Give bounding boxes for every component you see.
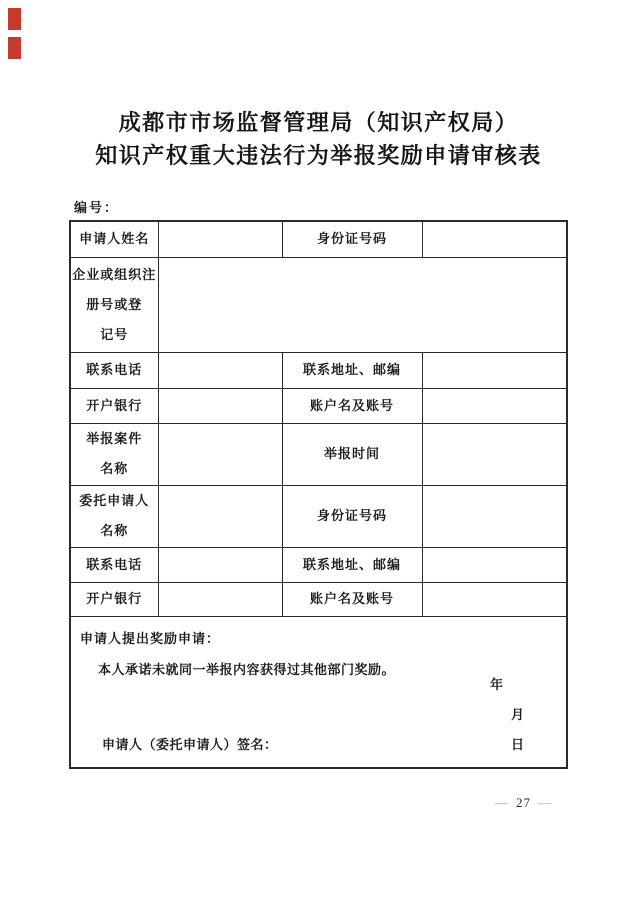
case-name-label: 举报案件 名称 — [70, 423, 158, 485]
signature-label: 申请人（委托申请人）签名： — [102, 730, 278, 760]
entrusted-applicant-label: 委托申请人 名称 — [70, 485, 158, 547]
table-row-bank-1: 开户银行 账户名及账号 — [70, 388, 567, 423]
account-value-cell — [422, 582, 567, 616]
account-label: 账户名及账号 — [282, 388, 422, 423]
table-row-org-registration: 企业或组织注 册号或登 记号 — [70, 257, 567, 352]
date-month-label: 月 — [511, 707, 524, 722]
serial-number-label: 编号： — [74, 197, 119, 216]
page-number: —27— — [488, 795, 559, 811]
declaration-cell: 申请人提出奖励申请： 本人承诺未就同一举报内容获得过其他部门奖励。 申请人（委托… — [70, 616, 567, 768]
title-line-1: 成都市市场监督管理局（知识产权局） — [0, 106, 637, 139]
date-day-label: 日 — [511, 737, 524, 752]
document-page: 成都市市场监督管理局（知识产权局） 知识产权重大违法行为举报奖励申请审核表 编号… — [0, 0, 637, 900]
bank-value-cell — [158, 388, 282, 423]
org-registration-value-cell — [158, 257, 567, 352]
entrusted-id-value-cell — [422, 485, 567, 547]
contact-address-label: 联系地址、邮编 — [282, 352, 422, 388]
table-row-applicant: 申请人姓名 身份证号码 — [70, 221, 567, 257]
bank-value-cell — [158, 582, 282, 616]
application-form-table: 申请人姓名 身份证号码 企业或组织注 册号或登 记号 联系电话 联系地址、邮编 … — [69, 220, 568, 769]
applicant-name-label: 申请人姓名 — [70, 221, 158, 257]
contact-phone-label: 联系电话 — [70, 547, 158, 582]
applicant-name-value-cell — [158, 221, 282, 257]
id-number-label: 身份证号码 — [282, 221, 422, 257]
contact-address-value-cell — [422, 547, 567, 582]
table-row-entrusted-applicant: 委托申请人 名称 身份证号码 — [70, 485, 567, 547]
declaration-heading: 申请人提出奖励申请： — [80, 624, 220, 654]
page-number-value: 27 — [516, 795, 531, 810]
table-row-contact-phone-1: 联系电话 联系地址、邮编 — [70, 352, 567, 388]
red-annotation-mark — [8, 37, 21, 59]
report-time-label: 举报时间 — [282, 423, 422, 485]
contact-address-value-cell — [422, 352, 567, 388]
bank-label: 开户银行 — [70, 582, 158, 616]
id-number-value-cell — [422, 221, 567, 257]
bank-label: 开户银行 — [70, 388, 158, 423]
page-title: 成都市市场监督管理局（知识产权局） 知识产权重大违法行为举报奖励申请审核表 — [0, 106, 637, 172]
account-label: 账户名及账号 — [282, 582, 422, 616]
contact-phone-value-cell — [158, 547, 282, 582]
table-row-bank-2: 开户银行 账户名及账号 — [70, 582, 567, 616]
declaration-promise-text: 本人承诺未就同一举报内容获得过其他部门奖励。 — [98, 655, 395, 685]
page-number-dash-left: — — [488, 795, 516, 810]
account-value-cell — [422, 388, 567, 423]
page-number-dash-right: — — [531, 795, 559, 810]
contact-address-label: 联系地址、邮编 — [282, 547, 422, 582]
title-line-2: 知识产权重大违法行为举报奖励申请审核表 — [0, 139, 637, 172]
table-row-case-name: 举报案件 名称 举报时间 — [70, 423, 567, 485]
report-time-value-cell — [422, 423, 567, 485]
table-row-contact-phone-2: 联系电话 联系地址、邮编 — [70, 547, 567, 582]
contact-phone-value-cell — [158, 352, 282, 388]
entrusted-applicant-value-cell — [158, 485, 282, 547]
org-registration-label: 企业或组织注 册号或登 记号 — [70, 257, 158, 352]
case-name-value-cell — [158, 423, 282, 485]
contact-phone-label: 联系电话 — [70, 352, 158, 388]
date-fields: 年 月 日 — [469, 640, 524, 760]
entrusted-id-label: 身份证号码 — [282, 485, 422, 547]
table-row-declaration: 申请人提出奖励申请： 本人承诺未就同一举报内容获得过其他部门奖励。 申请人（委托… — [70, 616, 567, 768]
red-annotation-mark — [8, 8, 21, 30]
date-year-label: 年 — [490, 677, 503, 692]
